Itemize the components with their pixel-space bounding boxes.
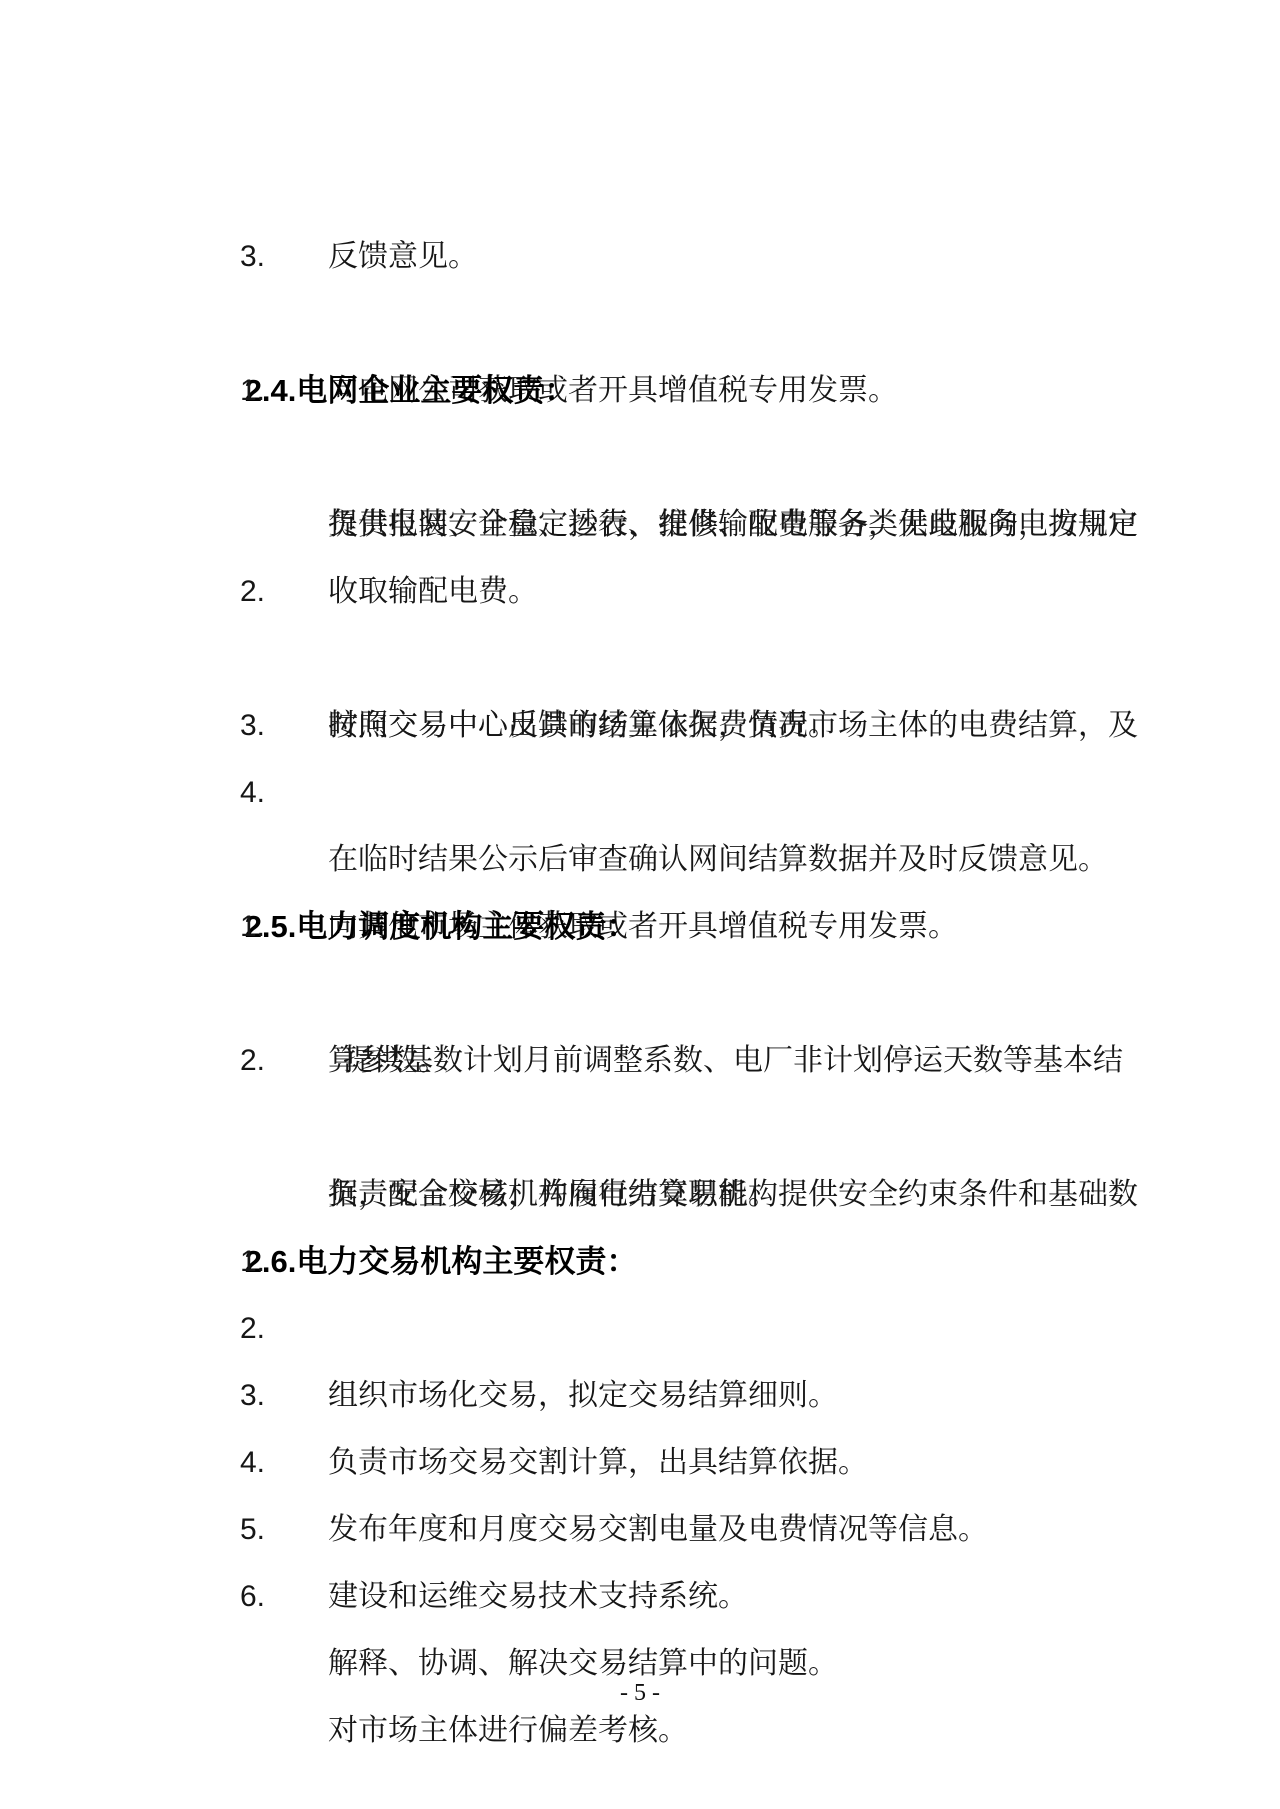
list-item: 3. 在临时结果公示后审查确认网间结算数据并及时反馈意见。	[0, 692, 1280, 759]
section-heading-2-4: 2.4.电网企业主要权责：	[0, 290, 1280, 357]
list-item-number: 2.	[240, 558, 265, 625]
list-item-continuation: 提供报装、计量、抄表、维修、收费等各类供电服务，按规定	[0, 424, 1280, 491]
list-item: 6. 对市场主体进行偏差考核。	[0, 1563, 1280, 1630]
list-item: 1. 提供基数计划月前调整系数、电厂非计划停运天数等基本结	[0, 893, 1280, 960]
list-item: 4. 向其他市场主体获取或者开具增值税专用发票。	[0, 759, 1280, 826]
list-item: 1. 负责电网安全稳定运行，提供输配电服务，无歧视向电力用户	[0, 357, 1280, 424]
list-item-text: 对市场主体进行偏差考核。	[328, 1714, 688, 1747]
document-page: 反馈意见。 3. 向电网公司获取或者开具增值税专用发票。 2.4.电网企业主要权…	[0, 0, 1280, 1809]
carryover-text-line: 反馈意见。	[0, 156, 1280, 223]
list-item: 5. 解释、协调、解决交易结算中的问题。	[0, 1496, 1280, 1563]
list-item-number: 4.	[240, 1429, 265, 1496]
list-item-number: 3.	[240, 692, 265, 759]
list-item-number: 4.	[240, 759, 265, 826]
list-item-continuation: 收取输配电费。	[0, 491, 1280, 558]
list-item: 4. 建设和运维交易技术支持系统。	[0, 1429, 1280, 1496]
list-item-continuation: 时向交易中心反馈市场主体欠费情况。	[0, 625, 1280, 692]
list-item: 2. 负责市场交易交割计算，出具结算依据。	[0, 1295, 1280, 1362]
list-item-continuation: 算参数。	[0, 960, 1280, 1027]
list-item: 3. 向电网公司获取或者开具增值税专用发票。	[0, 223, 1280, 290]
list-item-number: 1.	[240, 893, 265, 960]
document-body: 反馈意见。 3. 向电网公司获取或者开具增值税专用发票。 2.4.电网企业主要权…	[0, 156, 1280, 1630]
section-heading-2-5: 2.5.电力调度机构主要权责：	[0, 826, 1280, 893]
list-item: 2. 负责安全校核，并向电力交易机构提供安全约束条件和基础数	[0, 1027, 1280, 1094]
list-item: 3. 发布年度和月度交易交割电量及电费情况等信息。	[0, 1362, 1280, 1429]
list-item-number: 3.	[240, 1362, 265, 1429]
list-item: 1. 组织市场化交易，拟定交易结算细则。	[0, 1228, 1280, 1295]
list-item-number: 1.	[240, 1228, 265, 1295]
list-item-number: 2.	[240, 1295, 265, 1362]
list-item-number: 3.	[240, 223, 265, 290]
list-item-number: 1.	[240, 357, 265, 424]
list-item-continuation: 据，配合交易机构履行结算职能。	[0, 1094, 1280, 1161]
list-item-number: 2.	[240, 1027, 265, 1094]
list-item-number: 5.	[240, 1496, 265, 1563]
list-item-number: 6.	[240, 1563, 265, 1630]
list-item: 2. 按照交易中心出具的结算依据，负责市场主体的电费结算，及	[0, 558, 1280, 625]
page-number: - 5 -	[0, 1676, 1280, 1710]
section-heading-2-6: 2.6.电力交易机构主要权责：	[0, 1161, 1280, 1228]
